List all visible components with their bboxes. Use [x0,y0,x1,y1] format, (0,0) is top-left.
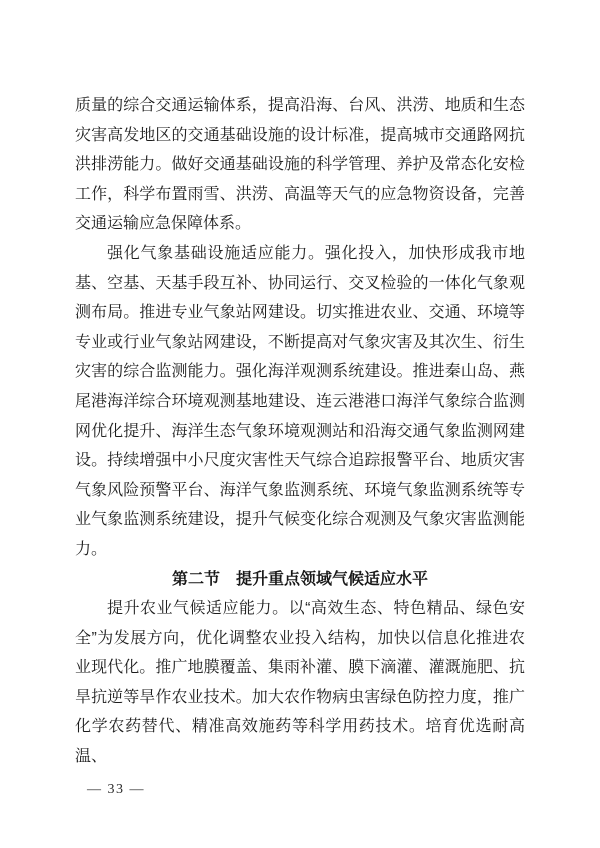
body-paragraph-2: 强化气象基础设施适应能力。强化投入，加快形成我市地基、空基、天基手段互补、协同运… [75,239,525,565]
document-page: 质量的综合交通运输体系，提高沿海、台风、洪涝、地质和生态灾害高发地区的交通基础设… [0,0,600,848]
page-number: — 33 — [87,782,145,798]
body-paragraph-3: 提升农业气候适应能力。以“高效生态、特色精品、绿色安全”为发展方向，优化调整农业… [75,594,525,772]
section-heading: 第二节 提升重点领域气候适应水平 [75,565,525,595]
text-block: 质量的综合交通运输体系，提高沿海、台风、洪涝、地质和生态灾害高发地区的交通基础设… [75,91,525,772]
body-paragraph-1: 质量的综合交通运输体系，提高沿海、台风、洪涝、地质和生态灾害高发地区的交通基础设… [75,91,525,239]
